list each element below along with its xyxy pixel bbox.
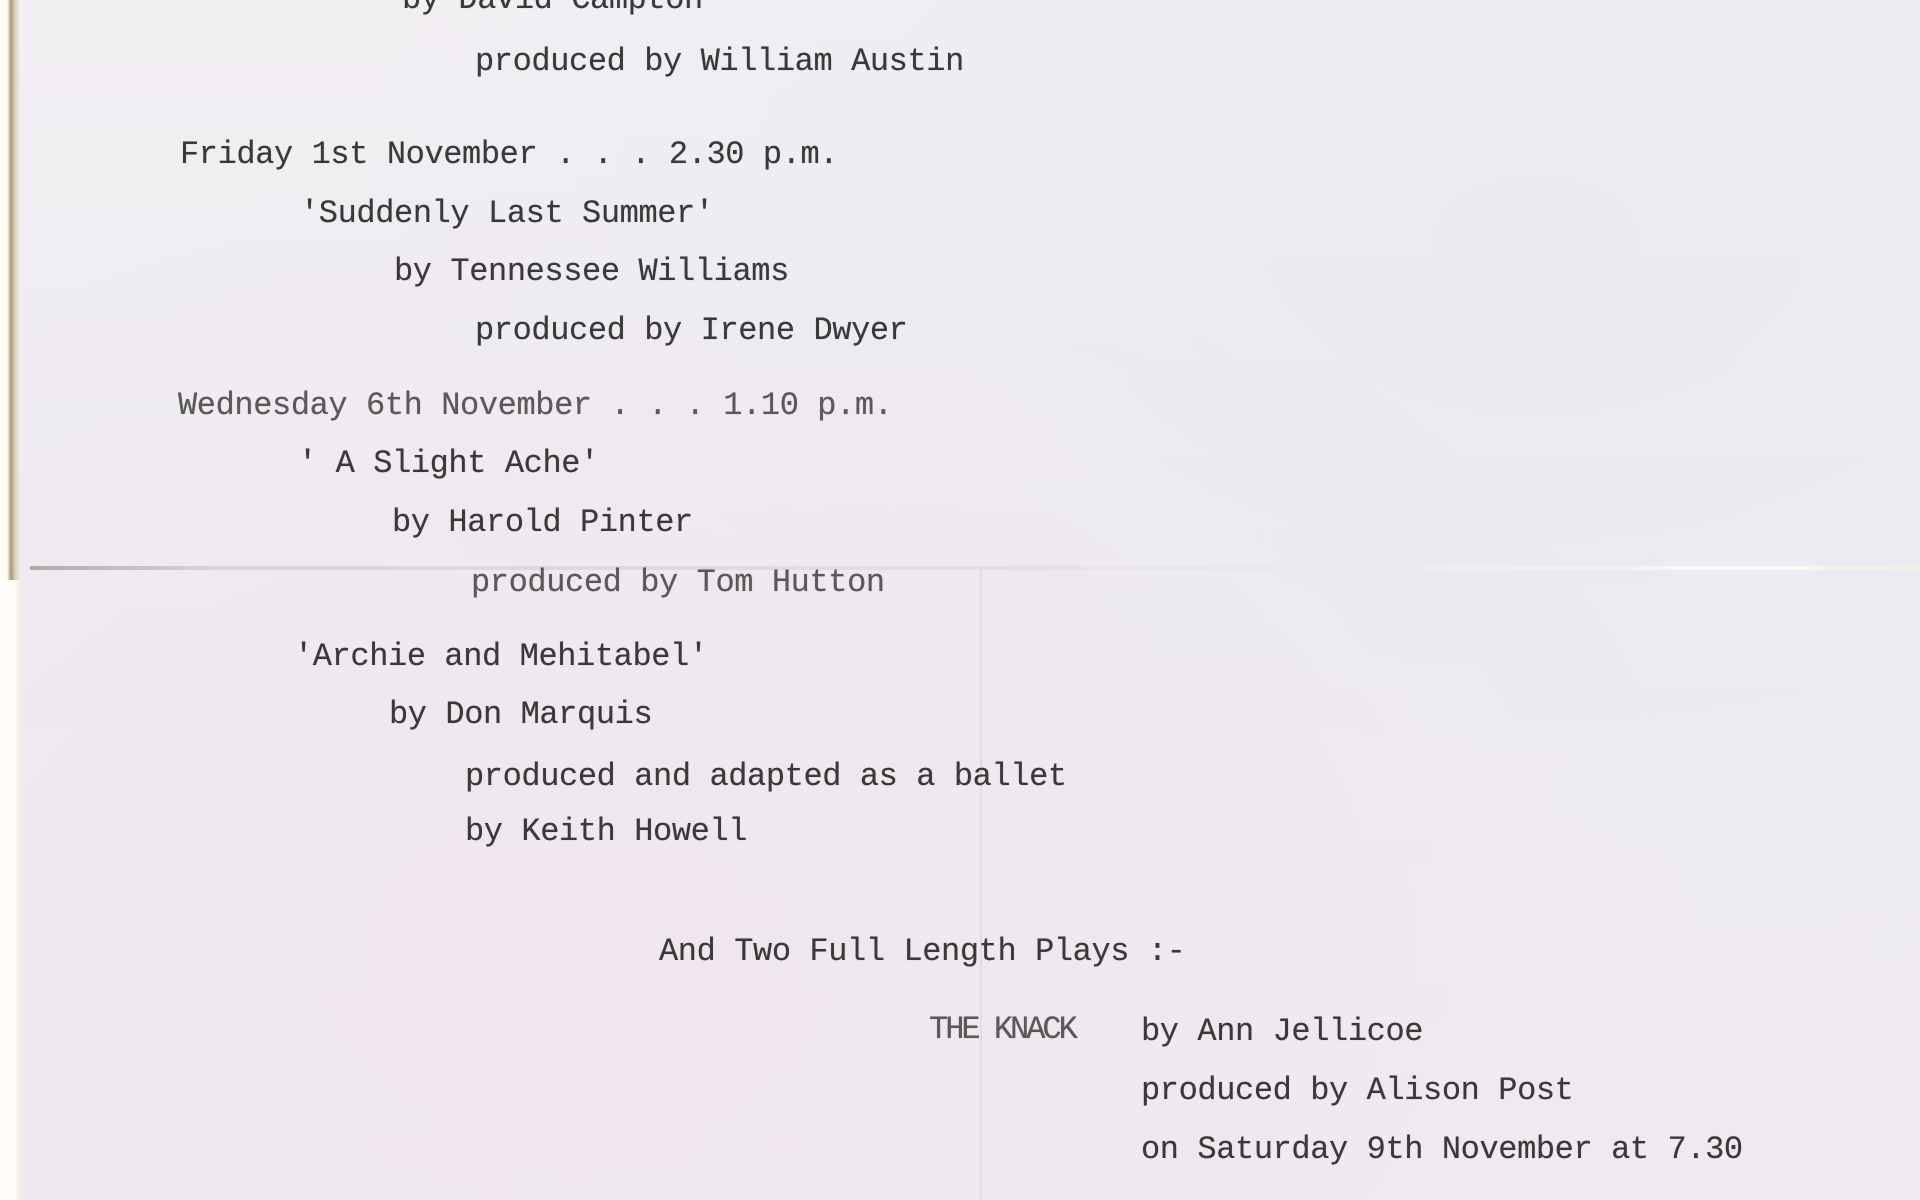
schedule-line-knack: on Saturday 9th November at 7.30: [1141, 1132, 1743, 1168]
date-line-friday: Friday 1st November . . . 2.30 p.m.: [180, 137, 838, 173]
paper-vertical-crease: [980, 570, 982, 1200]
author-line-campton: by David Campton: [402, 0, 703, 18]
play-title-archie-mehitabel: 'Archie and Mehitabel': [294, 639, 708, 675]
full-length-heading: And Two Full Length Plays :-: [659, 934, 1186, 970]
play-title-slight-ache: ' A Slight Ache': [298, 446, 599, 482]
author-line-pinter: by Harold Pinter: [392, 505, 693, 541]
author-line-marquis: by Don Marquis: [389, 697, 652, 733]
producer-line-ballet: produced and adapted as a ballet: [465, 759, 1067, 795]
producer-line-dwyer: produced by Irene Dwyer: [475, 313, 907, 349]
producer-line-howell: by Keith Howell: [465, 814, 747, 850]
paper-edge-bottom-sheet: [0, 580, 24, 1200]
author-line-jellicoe: by Ann Jellicoe: [1141, 1014, 1423, 1050]
author-line-williams: by Tennessee Williams: [394, 254, 789, 290]
producer-line-post: produced by Alison Post: [1141, 1073, 1573, 1109]
paper-fold-crease: [30, 566, 1920, 570]
producer-line-austin: produced by William Austin: [475, 44, 964, 80]
date-line-wednesday: Wednesday 6th November . . . 1.10 p.m.: [178, 388, 893, 424]
paper-edge-top-sheet: [0, 0, 20, 580]
play-title-suddenly-last-summer: 'Suddenly Last Summer': [300, 196, 714, 232]
producer-line-hutton: produced by Tom Hutton: [471, 565, 885, 601]
play-title-the-knack: THE KNACK: [929, 1012, 1075, 1048]
